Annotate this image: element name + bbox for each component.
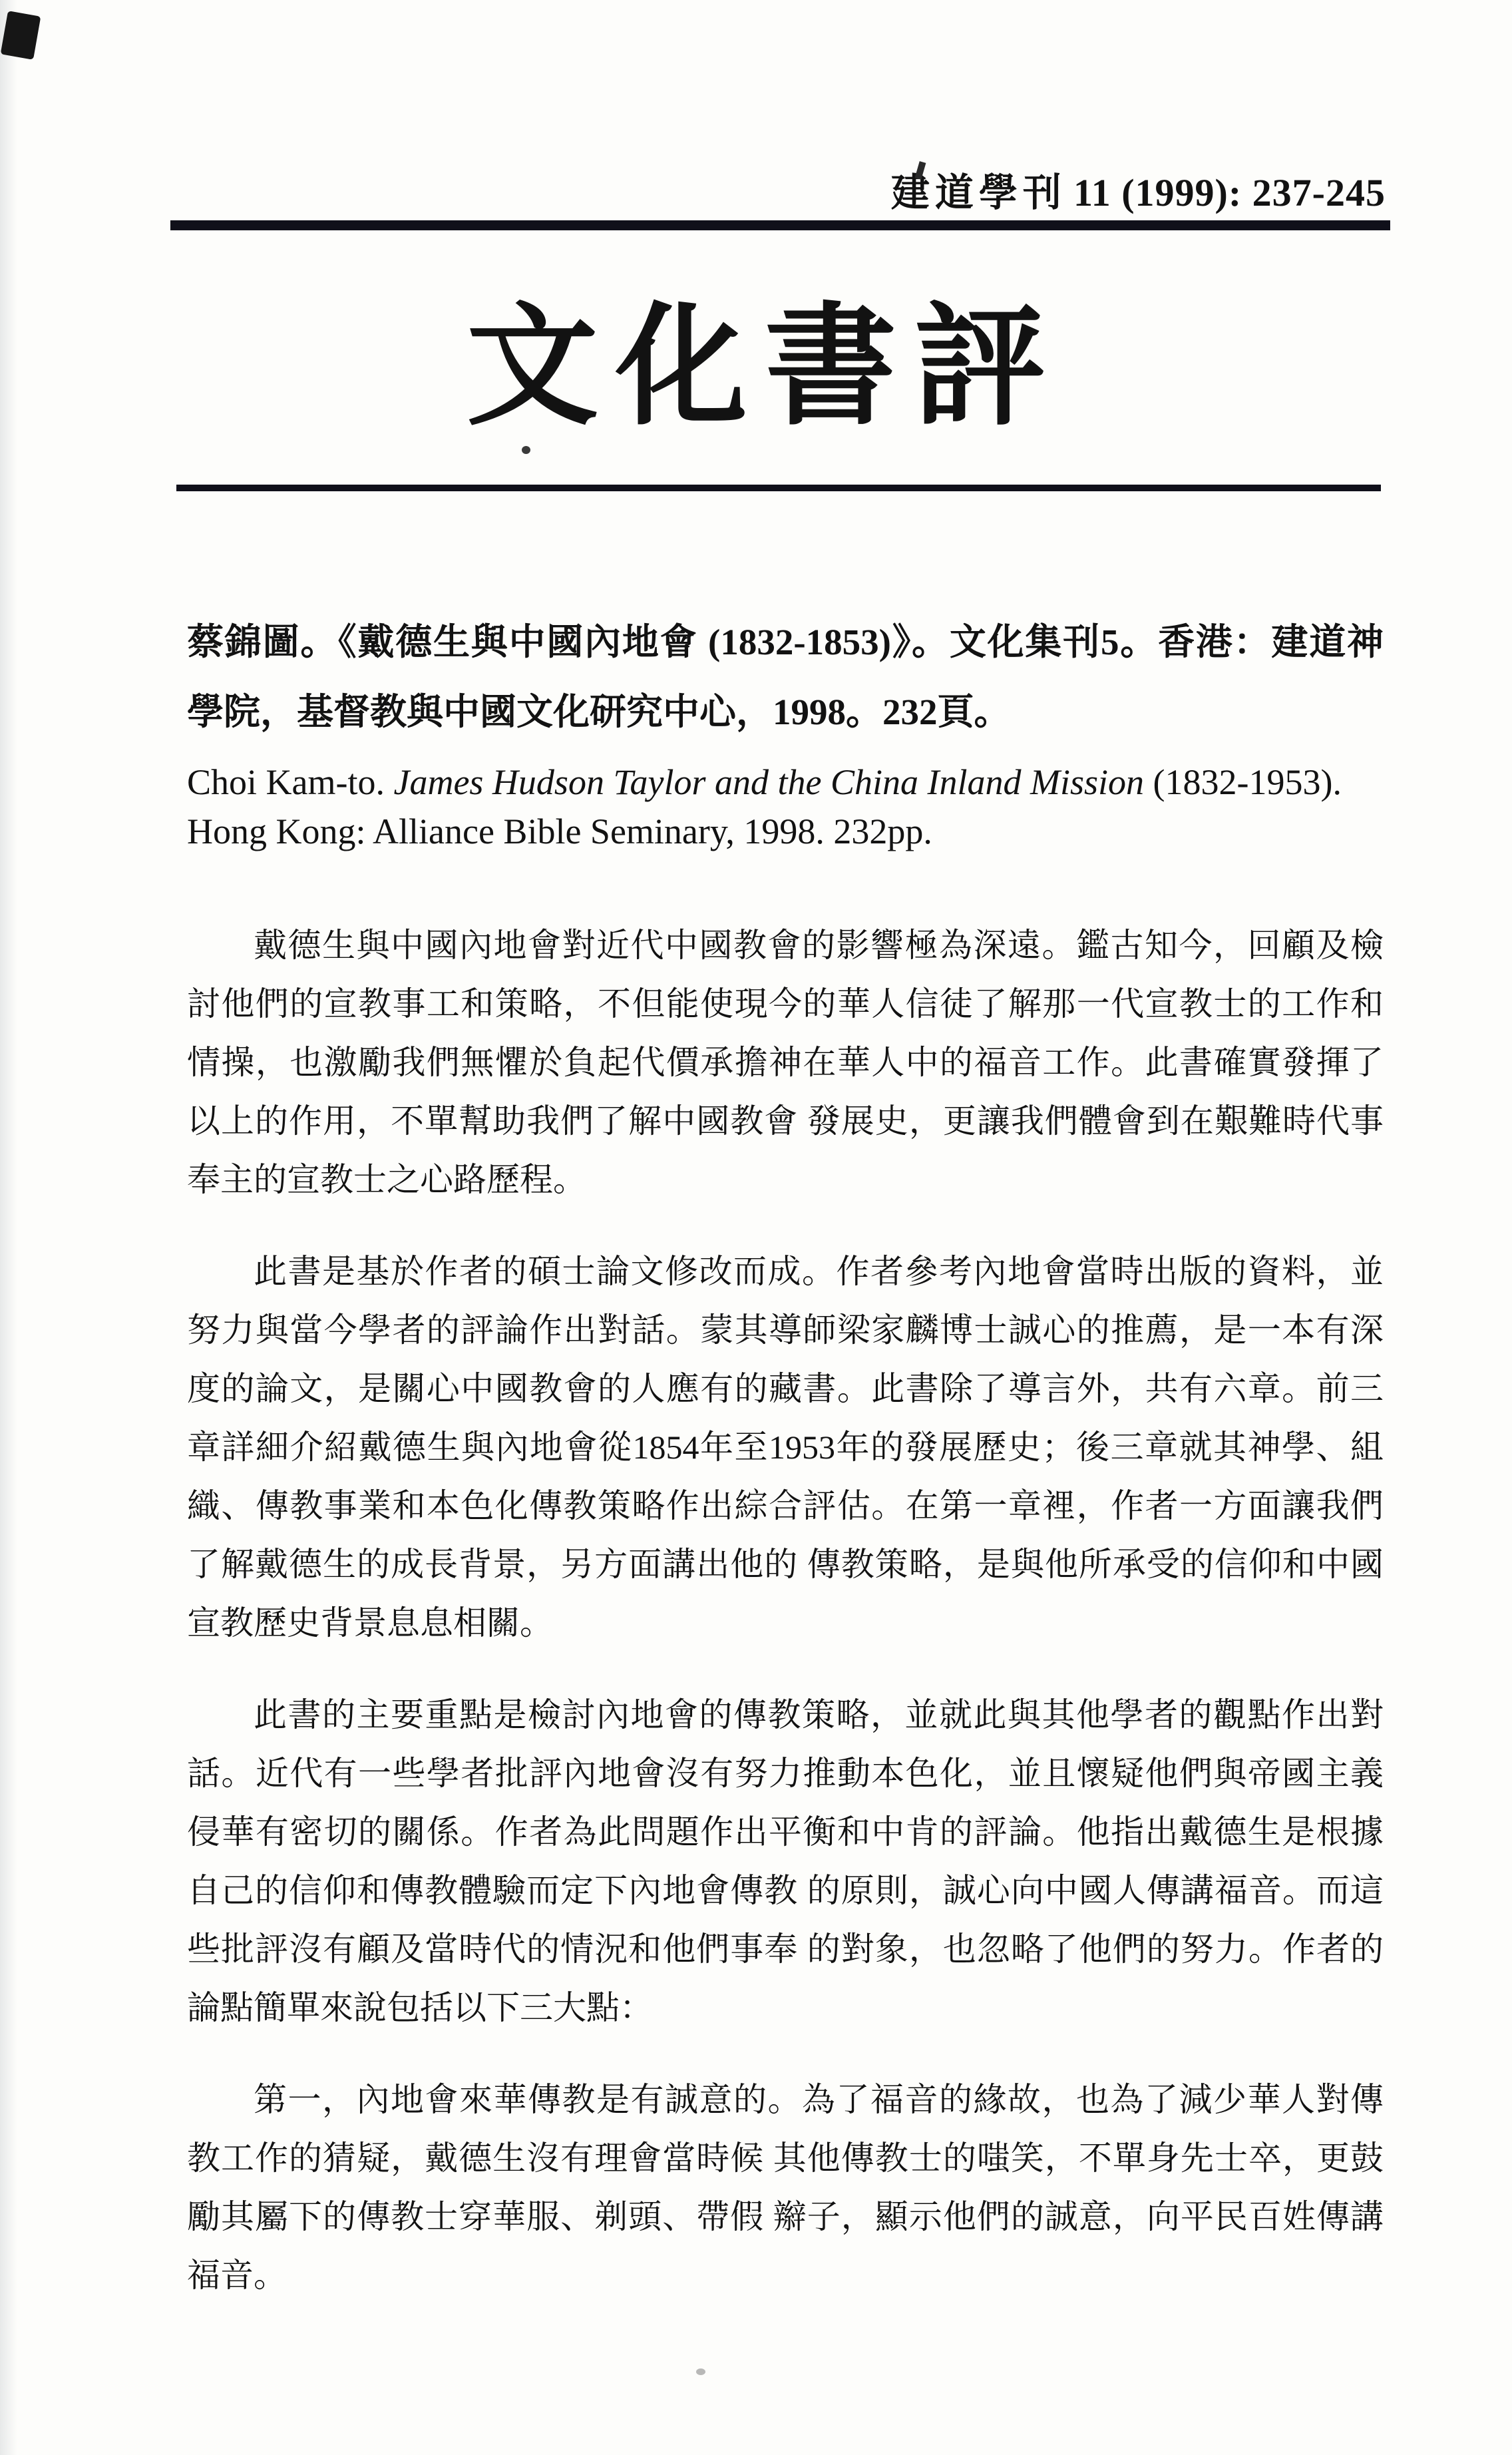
bibliography-book-title: James Hudson Taylor and the China Inland…: [393, 762, 1144, 802]
journal-header: 建道學刊11 (1999): 237-245: [891, 161, 1386, 217]
review-paragraph-2: 此書是基於作者的碩士論文修改而成。作者參考內地會當時出版的資料，並努力與當今學者…: [187, 1242, 1384, 1652]
scan-artifact-corner: [1, 11, 41, 60]
bibliography-line2: Hong Kong: Alliance Bible Seminary, 1998…: [187, 807, 1384, 856]
review-paragraph-4: 第一，內地會來華傳教是有誠意的。為了福音的緣故，也為了減少華人對傳教工作的猜疑，…: [187, 2070, 1384, 2305]
review-paragraph-1: 戴德生與中國內地會對近代中國教會的影響極為深遠。鑑古知今，回顧及檢討他們的宣教事…: [187, 916, 1384, 1209]
journal-citation: 11 (1999): 237-245: [1073, 171, 1386, 214]
bibliography-title-suffix: (1832-1953).: [1144, 762, 1342, 802]
page-content: 蔡錦圖。《戴德生與中國內地會 (1832-1853)》。文化集刊5。香港：建道神…: [187, 607, 1384, 2305]
header-rule: [170, 220, 1390, 230]
bibliography-english: Choi Kam-to. James Hudson Taylor and the…: [187, 758, 1384, 856]
journal-page: 建道學刊11 (1999): 237-245 文化書評 蔡錦圖。《戴德生與中國內…: [0, 0, 1512, 2455]
scan-artifact-title-dot: [522, 446, 530, 454]
title-rule: [176, 485, 1381, 491]
review-paragraph-3: 此書的主要重點是檢討內地會的傳教策略，並就此與其他學者的觀點作出對話。近代有一些…: [187, 1685, 1384, 2037]
review-body: 戴德生與中國內地會對近代中國教會的影響極為深遠。鑑古知今，回顧及檢討他們的宣教事…: [187, 916, 1384, 2305]
bibliography-chinese: 蔡錦圖。《戴德生與中國內地會 (1832-1853)》。文化集刊5。香港：建道神…: [187, 607, 1384, 747]
bibliography-author: Choi Kam-to.: [187, 762, 393, 802]
scan-artifact-bottom-dot: [696, 2368, 705, 2375]
page-title: 文化書評: [0, 294, 1512, 439]
